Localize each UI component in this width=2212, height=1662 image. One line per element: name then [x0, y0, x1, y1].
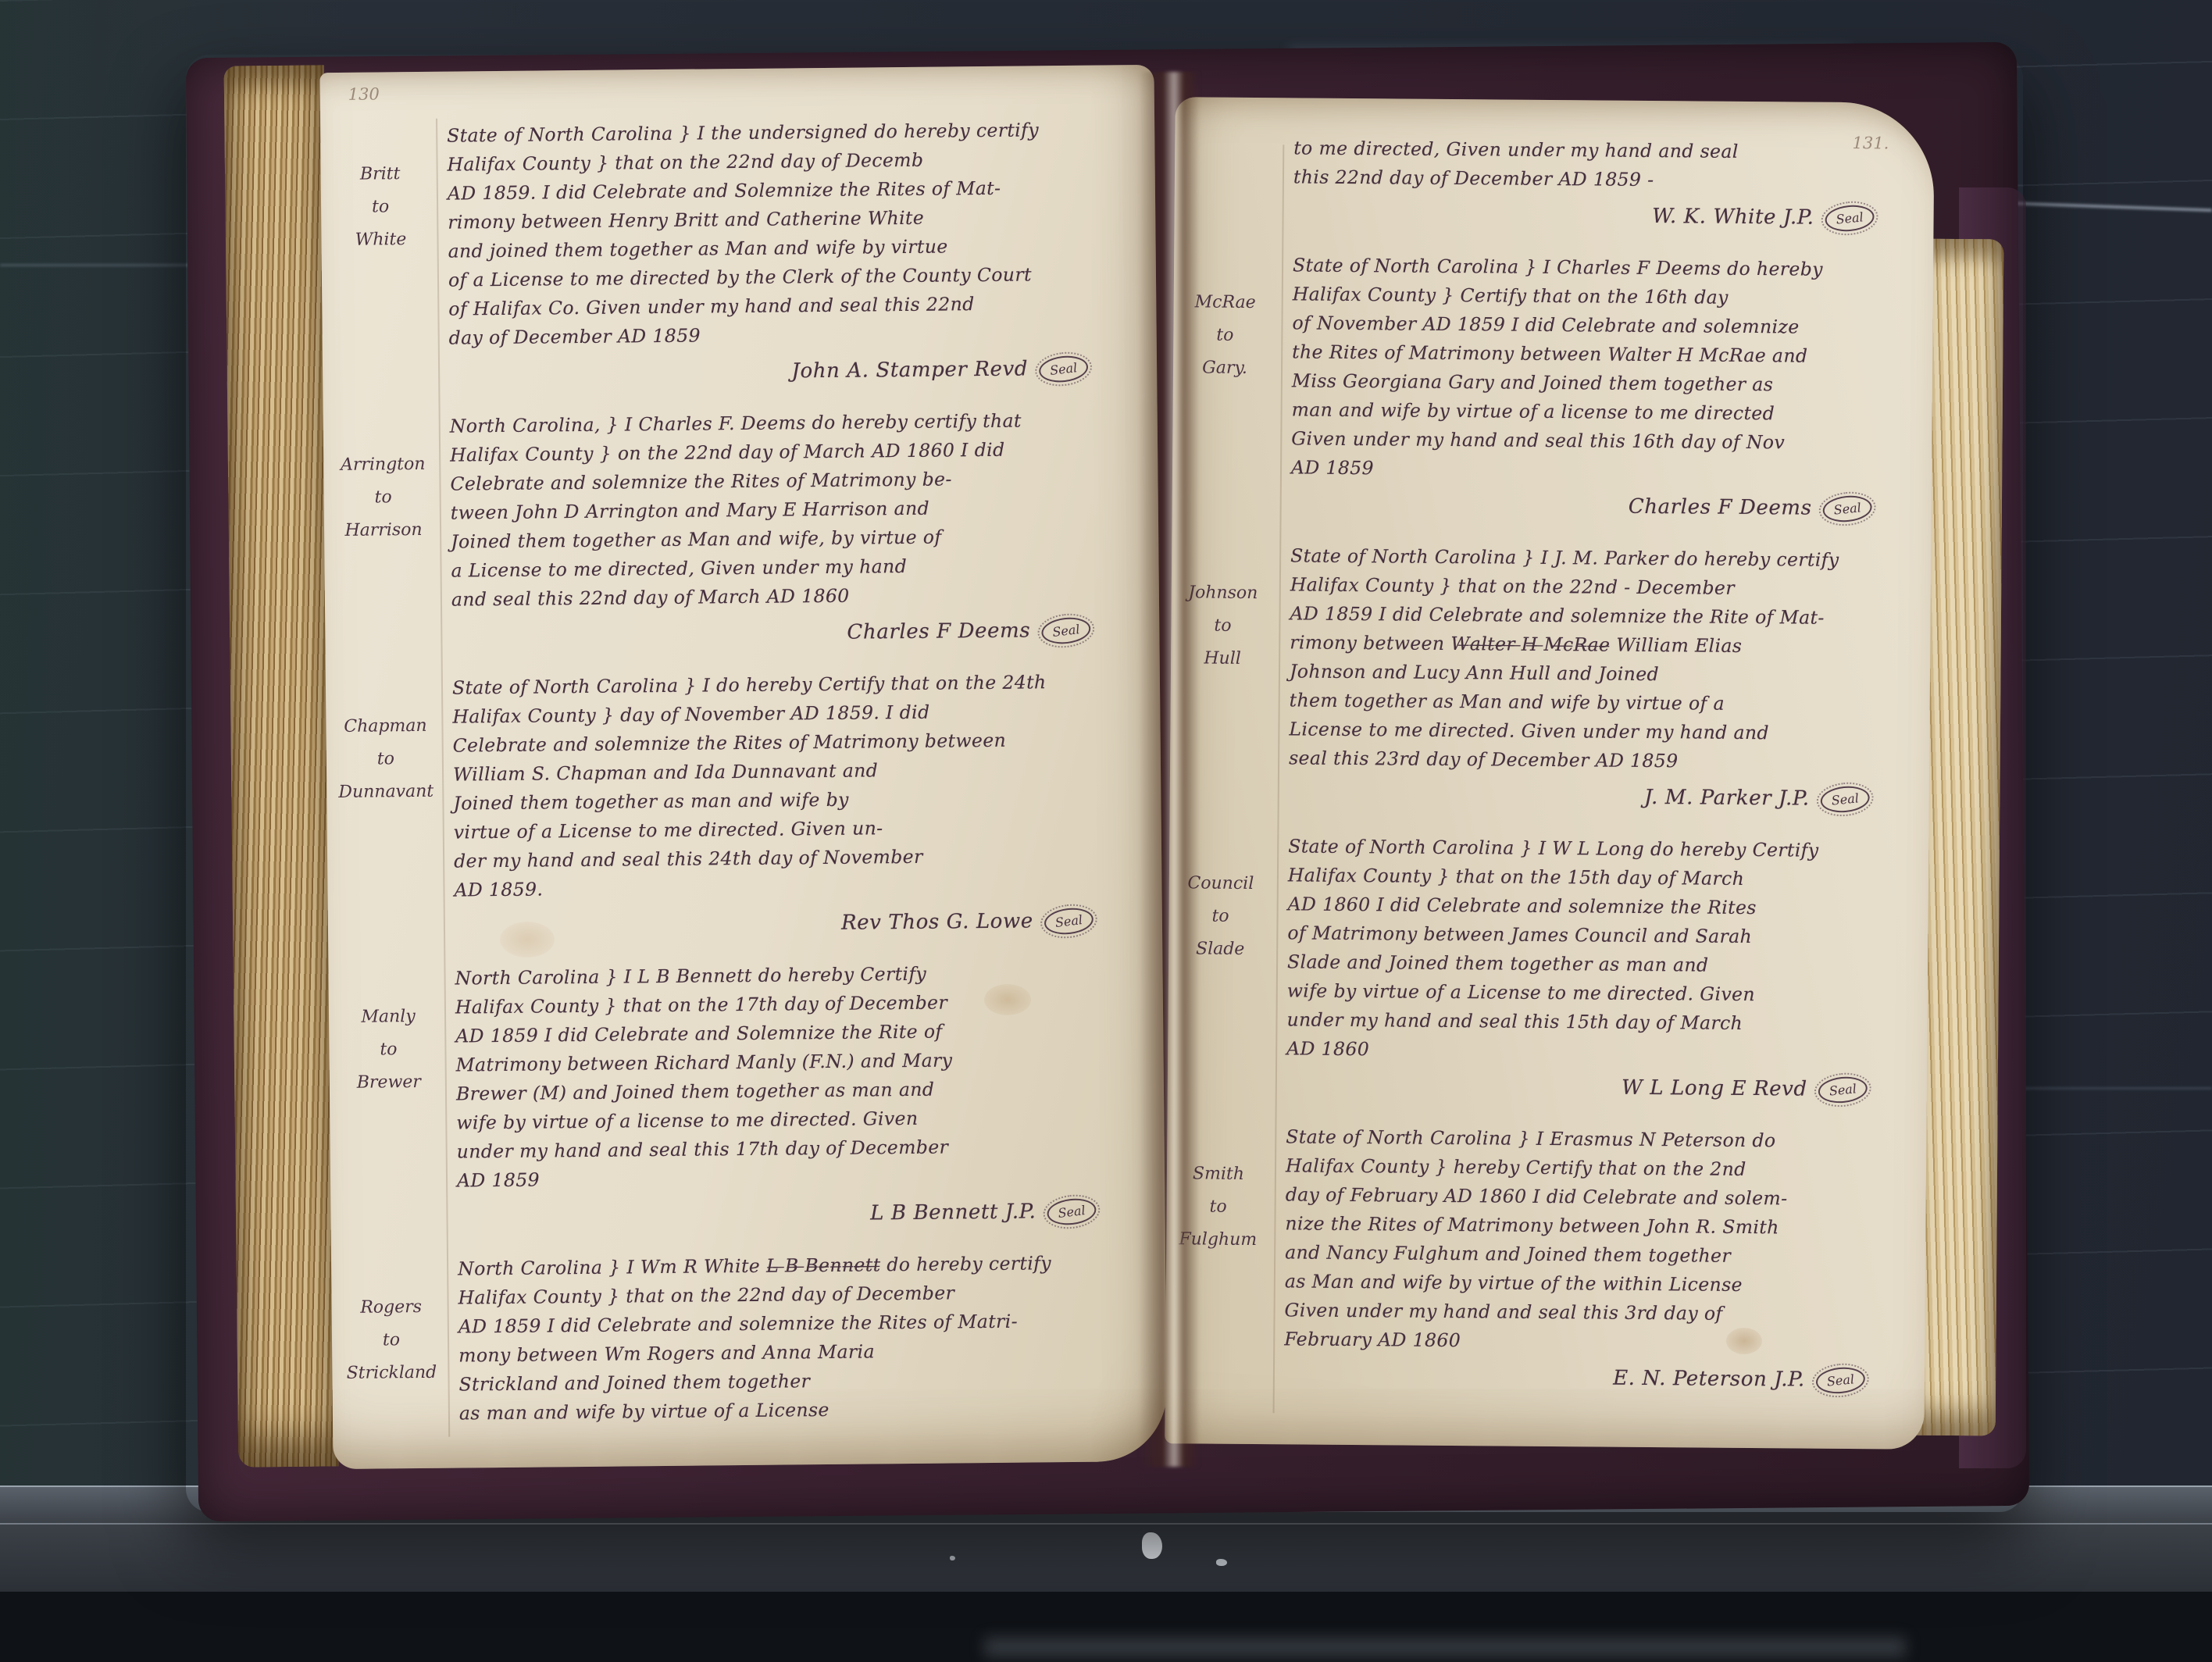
record-line: and Nancy Fulghum and Joined them togeth… [1285, 1238, 1894, 1271]
record-line: Johnson and Lucy Ann Hull and Joined [1290, 657, 1899, 690]
margin-note-line: to [340, 1324, 443, 1357]
record-line: Miss Georgiana Gary and Joined them toge… [1292, 366, 1901, 400]
marriage-record-entry: McRaetoGary. State of North Carolina } I… [1291, 251, 1903, 527]
marriage-record-entry: to me directed, Given under my hand and … [1293, 134, 1903, 237]
officiant-signature: Charles F Deems [847, 619, 1030, 644]
record-text: State of North Carolina } I the undersig… [447, 115, 1116, 352]
record-line: State of North Carolina } I W L Long do … [1288, 832, 1897, 865]
margin-note-line: Dunnavant [334, 776, 437, 809]
record-signature-row: Charles F Deems Seal [1291, 485, 1900, 527]
officiant-signature: L B Bennett J.P. [870, 1200, 1036, 1225]
marriage-record-entry: ChapmantoDunnavant State of North Caroli… [452, 667, 1122, 945]
record-line: this 22nd day of December AD 1859 - [1293, 162, 1903, 196]
paint-chip [950, 1556, 955, 1560]
record-line: as Man and wife by virtue of the within … [1285, 1267, 1894, 1300]
record-line: State of North Carolina } I Erasmus N Pe… [1286, 1122, 1895, 1156]
right-page: 131. to me directed, Given under my hand… [1165, 97, 1935, 1450]
seal-stamp: Seal [1814, 1364, 1866, 1395]
officiant-signature: E. N. Peterson J.P. [1613, 1367, 1805, 1392]
seal-stamp: Seal [1043, 905, 1094, 936]
record-line: State of North Carolina } I Charles F De… [1293, 251, 1902, 284]
record-signature-row: L B Bennett J.P. Seal [457, 1192, 1124, 1236]
seal-stamp: Seal [1819, 783, 1871, 814]
marriage-record-entry: RogerstoStrickland North Carolina } I Wm… [458, 1248, 1126, 1428]
seal-stamp: Seal [1046, 1196, 1097, 1227]
record-line: day of February AD 1860 I did Celebrate … [1286, 1180, 1895, 1214]
margin-note-line: Strickland [340, 1357, 443, 1390]
record-signature-row: E. N. Peterson J.P. Seal [1284, 1357, 1893, 1399]
margin-note-line: to [329, 191, 432, 224]
officiant-signature: Charles F Deems [1629, 495, 1812, 520]
record-line: rimony between W̶a̶l̶t̶e̶r̶ ̶H̶ ̶M̶c̶R̶a… [1290, 628, 1899, 662]
margin-index-names: ArringtontoHarrison [331, 448, 435, 547]
officiant-signature: John A. Stamper Revd [791, 357, 1028, 383]
seal-stamp: Seal [1040, 615, 1092, 646]
record-line: and seal this 22nd day of March AD 1860 [451, 579, 1118, 614]
record-line: nize the Rites of Matrimony between John… [1285, 1209, 1894, 1243]
record-signature-row: J. M. Parker J.P. Seal [1289, 776, 1898, 818]
record-text: State of North Carolina } I Charles F De… [1291, 251, 1902, 487]
margin-note-line: White [329, 223, 432, 257]
margin-note-line: Harrison [332, 514, 435, 547]
margin-note-line: Chapman [334, 710, 437, 744]
record-line: AD 1859 [1291, 453, 1900, 487]
record-text: State of North Carolina } I Erasmus N Pe… [1284, 1122, 1895, 1358]
record-text: North Carolina } I L B Bennett do hereby… [455, 958, 1124, 1195]
paint-chip [1142, 1532, 1162, 1559]
officiant-signature: W L Long E Revd [1622, 1076, 1807, 1101]
officiant-signature: W. K. White J.P. [1652, 205, 1814, 230]
record-line: man and wife by virtue of a license to m… [1291, 395, 1900, 429]
shelf-highlight-line [0, 1523, 2212, 1525]
margin-index-names: ChapmantoDunnavant [334, 710, 437, 809]
record-text: State of North Carolina } I do hereby Ce… [452, 667, 1122, 904]
record-signature-row: W L Long E Revd Seal [1286, 1066, 1896, 1108]
record-signature-row: W. K. White J.P. Seal [1293, 194, 1902, 237]
seal-stamp: Seal [1821, 494, 1873, 524]
record-line: wife by virtue of a License to me direct… [1287, 976, 1896, 1010]
marriage-record-entry: CounciltoSlade State of North Carolina }… [1286, 832, 1898, 1108]
margin-note-line: Brewer [337, 1066, 441, 1100]
right-page-records: to me directed, Given under my hand and … [1165, 97, 1935, 1450]
marriage-record-entry: BritttoWhite State of North Carolina } I… [447, 115, 1116, 393]
marriage-record-entry: ManlytoBrewer North Carolina } I L B Ben… [455, 958, 1124, 1236]
paint-chip [1216, 1559, 1227, 1566]
record-line: the Rites of Matrimony between Walter H … [1292, 337, 1901, 371]
record-line: Halifax County } hereby Certify that on … [1286, 1151, 1895, 1185]
record-line: as man and wife by virtue of a License [459, 1393, 1126, 1428]
light-streak [0, 264, 203, 266]
margin-note-line: to [337, 1033, 440, 1067]
record-text: State of North Carolina } I W L Long do … [1286, 832, 1897, 1068]
record-line: to me directed, Given under my hand and … [1293, 134, 1903, 167]
record-line: day of December AD 1859 [449, 317, 1116, 352]
record-line: them together as Man and wife by virtue … [1290, 686, 1899, 719]
record-line: under my hand and seal this 15th day of … [1286, 1005, 1896, 1039]
officiant-signature: J. M. Parker J.P. [1644, 786, 1810, 811]
margin-note-line: Manly [337, 1000, 440, 1034]
seal-stamp: Seal [1037, 353, 1089, 384]
record-text: North Carolina, } I Charles F. Deems do … [450, 405, 1118, 614]
record-line: Halifax County } that on the 22nd - Dece… [1290, 570, 1900, 604]
marriage-record-entry: ArringtontoHarrison North Carolina, } I … [450, 405, 1119, 654]
seal-stamp: Seal [1824, 203, 1875, 234]
seal-stamp: Seal [1817, 1074, 1868, 1104]
margin-note-line: Britt [328, 158, 431, 191]
photograph-of-marriage-register: 130 BritttoWhite State of North Carolina… [0, 0, 2212, 1662]
record-line: State of North Carolina } I J. M. Parker… [1290, 541, 1900, 575]
record-text: North Carolina } I Wm R White L̶ ̶B̶ ̶B̶… [458, 1248, 1126, 1428]
record-line: Given under my hand and seal this 3rd da… [1284, 1296, 1893, 1329]
record-line: AD 1859 I did Celebrate and solemnize th… [1290, 599, 1899, 633]
record-signature-row: John A. Stamper Revd Seal [449, 349, 1116, 393]
record-line: AD 1860 I did Celebrate and solemnize th… [1288, 890, 1897, 923]
record-line: of Matrimony between James Council and S… [1287, 918, 1896, 952]
margin-index-names: ManlytoBrewer [337, 1000, 441, 1100]
left-page-records: BritttoWhite State of North Carolina } I… [319, 65, 1167, 1469]
record-line: License to me directed. Given under my h… [1289, 715, 1898, 748]
record-line: Slade and Joined them together as man an… [1287, 947, 1896, 981]
margin-note-line: Rogers [339, 1291, 442, 1325]
record-signature-row: Charles F Deems Seal [451, 611, 1118, 654]
light-smear [984, 1637, 1906, 1657]
officiant-signature: Rev Thos G. Lowe [841, 909, 1033, 934]
marriage-record-entry: SmithtoFulghum State of North Carolina }… [1284, 1122, 1896, 1399]
record-line: Halifax County } that on the 15th day of… [1288, 861, 1897, 894]
record-text: State of North Carolina } I J. M. Parker… [1289, 541, 1900, 777]
margin-note-line: to [331, 481, 434, 515]
record-line: Given under my hand and seal this 16th d… [1291, 424, 1900, 458]
record-line: Halifax County } Certify that on the 16t… [1293, 280, 1902, 313]
record-signature-row: Rev Thos G. Lowe Seal [455, 901, 1122, 945]
book-gutter-fold [1139, 72, 1200, 1467]
margin-note-line: Arrington [331, 448, 434, 482]
left-page: 130 BritttoWhite State of North Carolina… [319, 65, 1167, 1469]
record-line: seal this 23rd day of December AD 1859 [1289, 744, 1898, 777]
margin-note-line: to [334, 743, 437, 776]
marriage-record-entry: JohnsontoHull State of North Carolina } … [1289, 541, 1900, 818]
record-line: AD 1860 [1286, 1034, 1896, 1068]
margin-index-names: RogerstoStrickland [339, 1291, 443, 1390]
margin-index-names: BritttoWhite [328, 158, 432, 257]
record-line: February AD 1860 [1284, 1325, 1893, 1358]
record-text: to me directed, Given under my hand and … [1293, 134, 1903, 196]
record-line: of November AD 1859 I did Celebrate and … [1292, 309, 1901, 342]
